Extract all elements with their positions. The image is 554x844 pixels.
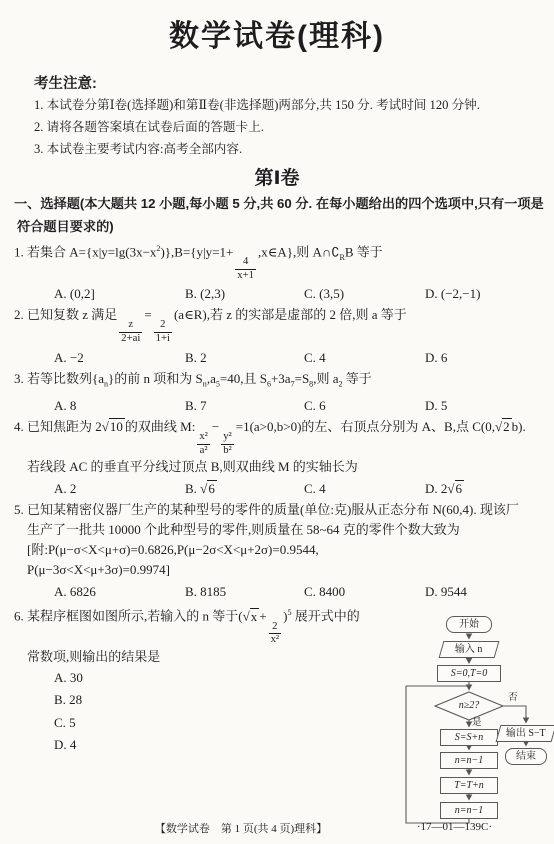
options-row: A. 6826 B. 8185 C. 8400 D. 9544 (14, 582, 554, 601)
flowchart-no-label: 否 (508, 694, 518, 704)
option-c: C. 4 (304, 348, 425, 367)
option-d: D. 9544 (425, 582, 554, 601)
option-c: C. 6 (304, 396, 425, 415)
option-b: B. 28 (54, 689, 388, 712)
question-stem: 2. 已知复数 z 满足z2+ai=21+i(a∈R),若 z 的实部是虚部的 … (14, 305, 554, 345)
flowchart-output-node: 输出 S−T (496, 725, 554, 742)
question-stem: 1. 若集合 A={x|y=lg(3x−x2)},B={y|y=1+4x+1,x… (14, 239, 554, 282)
question-1: 1. 若集合 A={x|y=lg(3x−x2)},B={y|y=1+4x+1,x… (14, 239, 554, 303)
option-c: C. 4 (304, 479, 425, 498)
question-4: 4. 已知焦距为 2√10的双曲线 M:x²a²−y²b²=1(a>0,b>0)… (14, 417, 554, 498)
question-3: 3. 若等比数列{an}的前 n 项和为 Sn,a5=40,且 S6+3a7=S… (14, 369, 554, 416)
question-stem-continued: 常数项,则输出的结果是 (27, 647, 388, 667)
option-b: B. 2 (185, 348, 304, 367)
option-a: A. −2 (54, 348, 185, 367)
question-5: 5. 已知某精密仪器厂生产的某种型号的零件的质量(单位:克)服从正态分布 N(6… (14, 500, 554, 601)
flowchart-step-node: S=S+n (440, 729, 498, 746)
options-row: A. 8 B. 7 C. 6 D. 5 (14, 396, 554, 415)
flowchart-step-node: n=n−1 (440, 802, 498, 819)
question-stem-continued: 若线段 AC 的垂直平分线过顶点 B,则双曲线 M 的实轴长为 (27, 457, 554, 477)
option-b: B. (2,3) (185, 284, 304, 303)
flowchart-output-label: 输出 S−T (506, 729, 546, 739)
section-intro-line-1: 一、选择题(本大题共 12 小题,每小题 5 分,共 60 分. 在每小题给出的… (14, 193, 554, 214)
question-2: 2. 已知复数 z 满足z2+ai=21+i(a∈R),若 z 的实部是虚部的 … (14, 305, 554, 366)
footer-code: ·17—01—139C· (417, 821, 492, 833)
option-a: A. (0,2] (54, 284, 185, 303)
flowchart-start-node: 开始 (446, 616, 492, 633)
options-row: A. 2 B. √6 C. 4 D. 2√6 (14, 479, 554, 498)
notice-block: 考生注意: 1. 本试卷分第Ⅰ卷(选择题)和第Ⅱ卷(非选择题)两部分,共 150… (34, 74, 554, 160)
options-row: A. (0,2] B. (2,3) C. (3,5) D. (−2,−1) (14, 284, 554, 303)
question-6: 6. 某程序框图如图所示,若输入的 n 等于(√x+2x²)5 展开式中的 常数… (14, 603, 554, 833)
option-b: B. √6 (185, 479, 304, 498)
option-d: D. 6 (425, 348, 554, 367)
option-a: A. 30 (54, 667, 388, 690)
flowchart-step-node: T=T+n (440, 777, 498, 794)
flowchart-step-node: n=n−1 (440, 752, 498, 769)
flowchart-end-node: 结束 (505, 748, 547, 765)
flowchart: 开始 输入 n S=0,T=0 n≥2? 是 否 S=S+n n=n−1 T=T… (384, 613, 554, 828)
option-d: D. 4 (54, 734, 388, 757)
option-b: B. 8185 (185, 582, 304, 601)
option-d: D. 2√6 (425, 479, 554, 498)
exam-page: 数学试卷(理科) 考生注意: 1. 本试卷分第Ⅰ卷(选择题)和第Ⅱ卷(非选择题)… (0, 0, 554, 844)
flowchart-yes-label: 是 (472, 719, 482, 729)
notice-item: 3. 本试卷主要考试内容:高考全部内容. (34, 138, 554, 160)
question-stem: 6. 某程序框图如图所示,若输入的 n 等于(√x+2x²)5 展开式中的 (14, 603, 388, 646)
flowchart-decision-node: n≥2? (435, 692, 503, 720)
question-6-text: 6. 某程序框图如图所示,若输入的 n 等于(√x+2x²)5 展开式中的 常数… (14, 603, 388, 756)
flowchart-input-label: 输入 n (455, 645, 483, 655)
notice-item: 2. 请将各题答案填在试卷后面的答题卡上. (34, 116, 554, 138)
option-d: D. (−2,−1) (425, 284, 554, 303)
notice-item: 1. 本试卷分第Ⅰ卷(选择题)和第Ⅱ卷(非选择题)两部分,共 150 分. 考试… (34, 94, 554, 116)
page-title: 数学试卷(理科) (0, 0, 554, 55)
option-a: A. 2 (54, 479, 185, 498)
options-row: A. −2 B. 2 C. 4 D. 6 (14, 348, 554, 367)
question-stem: 4. 已知焦距为 2√10的双曲线 M:x²a²−y²b²=1(a>0,b>0)… (14, 417, 554, 457)
question-note: [附:P(μ−σ<X<μ+σ)=0.6826,P(μ−2σ<X<μ+2σ)=0.… (27, 540, 554, 560)
question-stem: 5. 已知某精密仪器厂生产的某种型号的零件的质量(单位:克)服从正态分布 N(6… (14, 500, 554, 520)
question-stem: 3. 若等比数列{an}的前 n 项和为 Sn,a5=40,且 S6+3a7=S… (14, 369, 554, 395)
flowchart-input-node: 输入 n (439, 641, 500, 658)
options-column: A. 30 B. 28 C. 5 D. 4 (14, 667, 388, 757)
option-c: C. 5 (54, 712, 388, 735)
section-heading: 第Ⅰ卷 (0, 167, 554, 191)
section-intro-line-2: 符合题目要求的) (17, 216, 554, 237)
option-c: C. (3,5) (304, 284, 425, 303)
page-footer: 【数学试卷 第 1 页(共 4 页)理科】 ·17—01—139C· (0, 820, 554, 836)
option-d: D. 5 (425, 396, 554, 415)
option-b: B. 7 (185, 396, 304, 415)
question-note-continued: P(μ−3σ<X<μ+3σ)=0.9974] (27, 560, 554, 580)
option-c: C. 8400 (304, 582, 425, 601)
question-stem-continued: 生产了一批共 10000 个此种型号的零件,则质量在 58~64 克的零件个数大… (27, 520, 554, 540)
notice-heading: 考生注意: (34, 74, 554, 94)
flowchart-init-node: S=0,T=0 (437, 665, 501, 682)
option-a: A. 8 (54, 396, 185, 415)
option-a: A. 6826 (54, 582, 185, 601)
